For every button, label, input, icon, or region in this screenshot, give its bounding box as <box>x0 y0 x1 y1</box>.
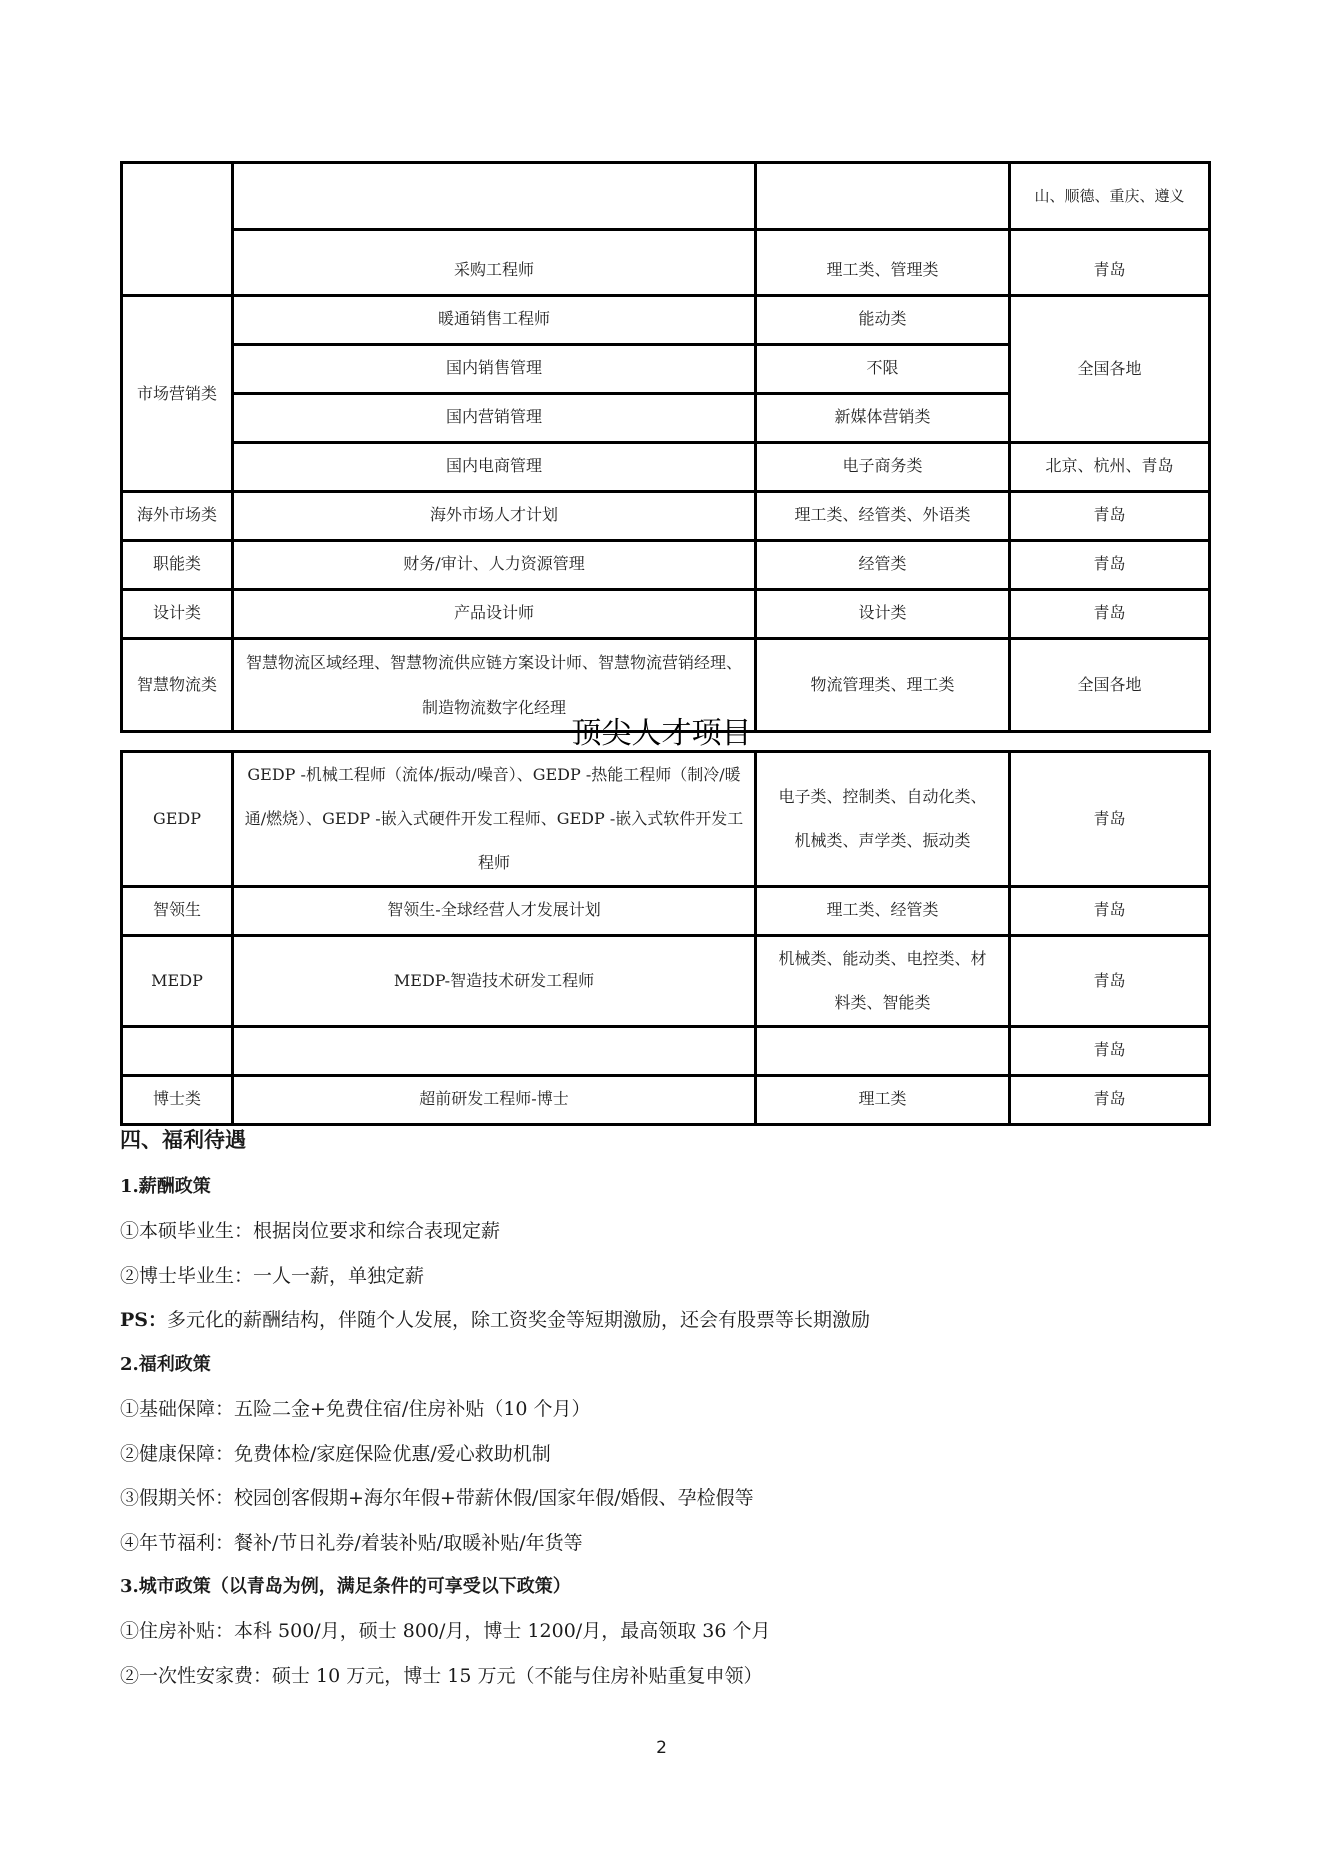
major-cell <box>756 163 1010 230</box>
top-talent-table: GEDP GEDP -机械工程师（流体/振动/噪音）、GEDP -热能工程师（制… <box>120 750 1211 1126</box>
table-row: 设计类 产品设计师 设计类 青岛 <box>122 590 1210 639</box>
major-cell: 不限 <box>756 345 1010 394</box>
table-row: 海外市场类 海外市场人才计划 理工类、经管类、外语类 青岛 <box>122 492 1210 541</box>
position-cell: 暖通销售工程师 <box>233 296 756 345</box>
salary-item: ②博士毕业生：一人一薪，单独定薪 <box>120 1261 424 1288</box>
table-row: 市场营销类 暖通销售工程师 能动类 全国各地 <box>122 296 1210 345</box>
location-cell: 山、顺德、重庆、遵义 <box>1010 163 1210 230</box>
position-cell: 国内营销管理 <box>233 394 756 443</box>
location-cell: 青岛 <box>1010 1076 1210 1125</box>
position-cell <box>233 1027 756 1076</box>
major-cell: 电子类、控制类、自动化类、机械类、声学类、振动类 <box>756 752 1010 887</box>
salary-heading: 1.薪酬政策 <box>120 1172 211 1198</box>
table-row: 采购工程师 理工类、管理类 青岛 <box>122 230 1210 296</box>
table-row: 山、顺德、重庆、遵义 <box>122 163 1210 230</box>
major-cell: 新媒体营销类 <box>756 394 1010 443</box>
major-cell: 理工类 <box>756 1076 1010 1125</box>
major-cell: 理工类、经管类、外语类 <box>756 492 1010 541</box>
category-cell: GEDP <box>122 752 233 887</box>
welfare-item: ④年节福利：餐补/节日礼券/着装补贴/取暖补贴/年货等 <box>120 1528 583 1555</box>
category-cell <box>122 163 233 296</box>
welfare-item: ①基础保障：五险二金+免费住宿/住房补贴（10 个月） <box>120 1394 591 1421</box>
page-number: 2 <box>0 1738 1323 1758</box>
major-cell: 能动类 <box>756 296 1010 345</box>
table-row: 职能类 财务/审计、人力资源管理 经管类 青岛 <box>122 541 1210 590</box>
ps-text: 多元化的薪酬结构，伴随个人发展，除工资奖金等短期激励，还会有股票等长期激励 <box>167 1309 870 1331</box>
city-item: ①住房补贴：本科 500/月，硕士 800/月，博士 1200/月，最高领取 3… <box>120 1616 770 1643</box>
position-cell: 智领生-全球经营人才发展计划 <box>233 887 756 936</box>
salary-ps: PS：多元化的薪酬结构，伴随个人发展，除工资奖金等短期激励，还会有股票等长期激励 <box>120 1305 870 1332</box>
location-cell: 青岛 <box>1010 936 1210 1027</box>
category-cell <box>122 1027 233 1076</box>
position-cell: 国内电商管理 <box>233 443 756 492</box>
category-cell: 职能类 <box>122 541 233 590</box>
position-cell: 海外市场人才计划 <box>233 492 756 541</box>
position-cell <box>233 163 756 230</box>
section-title: 顶尖人才项目 <box>0 708 1323 752</box>
position-cell: MEDP-智造技术研发工程师 <box>233 936 756 1027</box>
category-cell: 设计类 <box>122 590 233 639</box>
benefits-heading: 四、福利待遇 <box>120 1124 246 1154</box>
table-row: MEDP MEDP-智造技术研发工程师 机械类、能动类、电控类、材料类、智能类 … <box>122 936 1210 1027</box>
location-cell: 青岛 <box>1010 887 1210 936</box>
table-row: 智领生 智领生-全球经营人才发展计划 理工类、经管类 青岛 <box>122 887 1210 936</box>
ps-label: PS： <box>120 1309 167 1331</box>
position-cell: 财务/审计、人力资源管理 <box>233 541 756 590</box>
table-row: 国内电商管理 电子商务类 北京、杭州、青岛 <box>122 443 1210 492</box>
category-cell: 智领生 <box>122 887 233 936</box>
major-cell: 经管类 <box>756 541 1010 590</box>
location-cell: 青岛 <box>1010 541 1210 590</box>
position-cell: GEDP -机械工程师（流体/振动/噪音）、GEDP -热能工程师（制冷/暖通/… <box>233 752 756 887</box>
location-cell: 全国各地 <box>1010 296 1210 443</box>
category-cell: MEDP <box>122 936 233 1027</box>
major-cell: 理工类、经管类 <box>756 887 1010 936</box>
position-cell: 国内销售管理 <box>233 345 756 394</box>
location-cell: 青岛 <box>1010 752 1210 887</box>
welfare-item: ③假期关怀：校园创客假期+海尔年假+带薪休假/国家年假/婚假、孕检假等 <box>120 1483 754 1510</box>
category-cell: 博士类 <box>122 1076 233 1125</box>
welfare-heading: 2.福利政策 <box>120 1350 211 1376</box>
location-cell: 北京、杭州、青岛 <box>1010 443 1210 492</box>
major-cell: 电子商务类 <box>756 443 1010 492</box>
city-heading: 3.城市政策（以青岛为例，满足条件的可享受以下政策） <box>120 1572 571 1598</box>
major-cell: 机械类、能动类、电控类、材料类、智能类 <box>756 936 1010 1027</box>
welfare-item: ②健康保障：免费体检/家庭保险优惠/爱心救助机制 <box>120 1439 551 1466</box>
table-row: 博士类 超前研发工程师-博士 理工类 青岛 <box>122 1076 1210 1125</box>
position-cell: 超前研发工程师-博士 <box>233 1076 756 1125</box>
major-cell: 理工类、管理类 <box>756 230 1010 296</box>
salary-item: ①本硕毕业生：根据岗位要求和综合表现定薪 <box>120 1216 500 1243</box>
table-row: GEDP GEDP -机械工程师（流体/振动/噪音）、GEDP -热能工程师（制… <box>122 752 1210 887</box>
category-cell: 市场营销类 <box>122 296 233 492</box>
positions-table: 山、顺德、重庆、遵义 采购工程师 理工类、管理类 青岛 市场营销类 暖通销售工程… <box>120 161 1211 733</box>
position-cell: 产品设计师 <box>233 590 756 639</box>
position-cell: 采购工程师 <box>233 230 756 296</box>
table-row: 青岛 <box>122 1027 1210 1076</box>
major-cell: 设计类 <box>756 590 1010 639</box>
location-cell: 青岛 <box>1010 1027 1210 1076</box>
location-cell: 青岛 <box>1010 230 1210 296</box>
location-cell: 青岛 <box>1010 492 1210 541</box>
category-cell: 海外市场类 <box>122 492 233 541</box>
city-item: ②一次性安家费：硕士 10 万元，博士 15 万元（不能与住房补贴重复申领） <box>120 1661 763 1688</box>
location-cell: 青岛 <box>1010 590 1210 639</box>
major-cell <box>756 1027 1010 1076</box>
